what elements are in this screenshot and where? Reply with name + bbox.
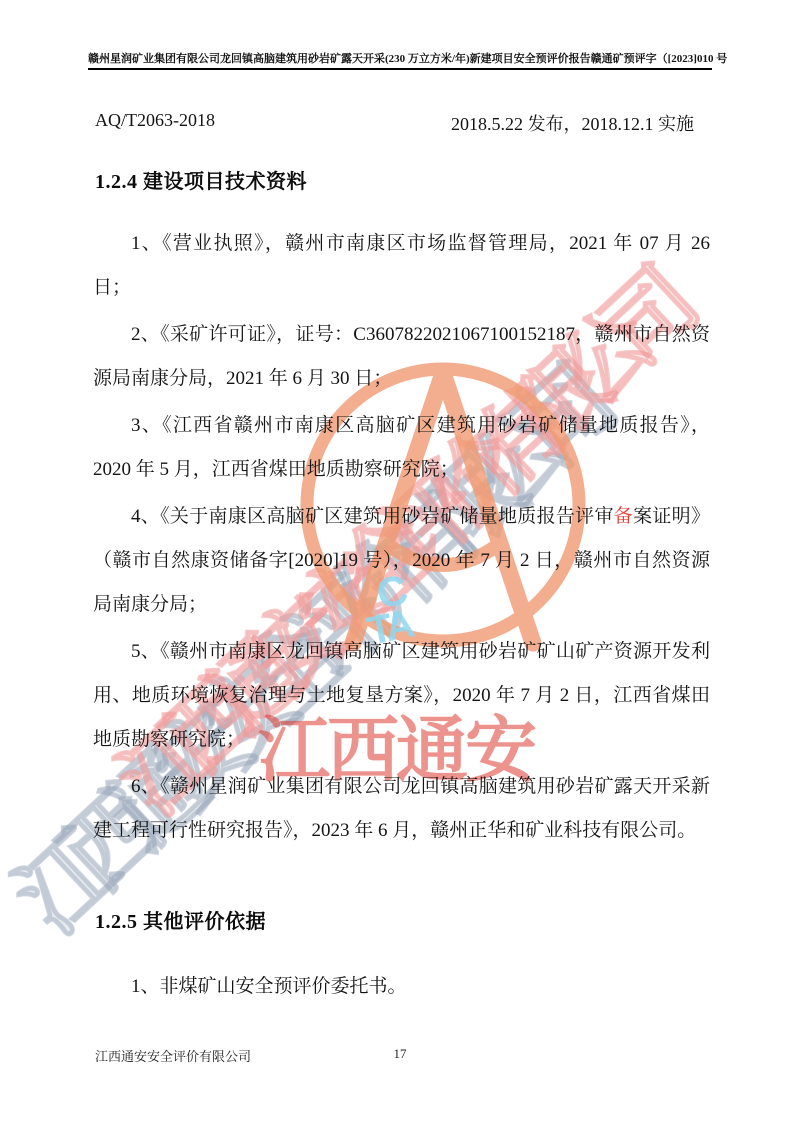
list-item: 2、《采矿许可证》，证号：C3607822021067100152187，赣州市… bbox=[93, 313, 710, 401]
header-report-title: 赣州星润矿业集团有限公司龙回镇高脑建筑用砂岩矿露天开采(230 万立方米/年)新… bbox=[88, 50, 591, 66]
header-divider bbox=[88, 68, 712, 70]
list-item: 6、《赣州星润矿业集团有限公司龙回镇高脑建筑用砂岩矿露天开采新建工程可行性研究报… bbox=[93, 765, 710, 853]
list-item: 1、《营业执照》，赣州市南康区市场监督管理局，2021 年 07 月 26 日； bbox=[93, 222, 710, 310]
section-title-124: 1.2.4 建设项目技术资料 bbox=[95, 165, 307, 194]
section-124-body: 1、《营业执照》，赣州市南康区市场监督管理局，2021 年 07 月 26 日；… bbox=[93, 222, 710, 856]
section-title-125: 1.2.5 其他评价依据 bbox=[95, 905, 266, 934]
page-number: 17 bbox=[0, 1046, 800, 1062]
list-item: 5、《赣州市南康区龙回镇高脑矿区建筑用砂岩矿矿山矿产资源开发利用、地质环境恢复治… bbox=[93, 630, 710, 762]
document-page: { "document": { "header": { "left": "赣州星… bbox=[0, 0, 800, 1131]
standard-dates: 2018.5.22 发布，2018.12.1 实施 bbox=[451, 110, 694, 136]
page-header: 赣州星润矿业集团有限公司龙回镇高脑建筑用砂岩矿露天开采(230 万立方米/年)新… bbox=[88, 50, 712, 66]
section-125-body: 1、非煤矿山安全预评价委托书。 bbox=[93, 965, 710, 1009]
list-item: 1、非煤矿山安全预评价委托书。 bbox=[93, 965, 710, 1009]
header-document-number: 赣通矿预评字（[2023]010 号 bbox=[591, 50, 728, 66]
standard-code: AQ/T2063-2018 bbox=[95, 110, 215, 131]
item4-text-pre: 4、《关于南康区高脑矿区建筑用砂岩矿储量地质报告评审 bbox=[131, 506, 614, 527]
list-item: 4、《关于南康区高脑矿区建筑用砂岩矿储量地质报告评审备案证明》（赣市自然康资储备… bbox=[93, 495, 710, 627]
list-item: 3、《江西省赣州市南康区高脑矿区建筑用砂岩矿储量地质报告》，2020 年 5 月… bbox=[93, 404, 710, 492]
item4-red-character: 备 bbox=[614, 506, 633, 527]
